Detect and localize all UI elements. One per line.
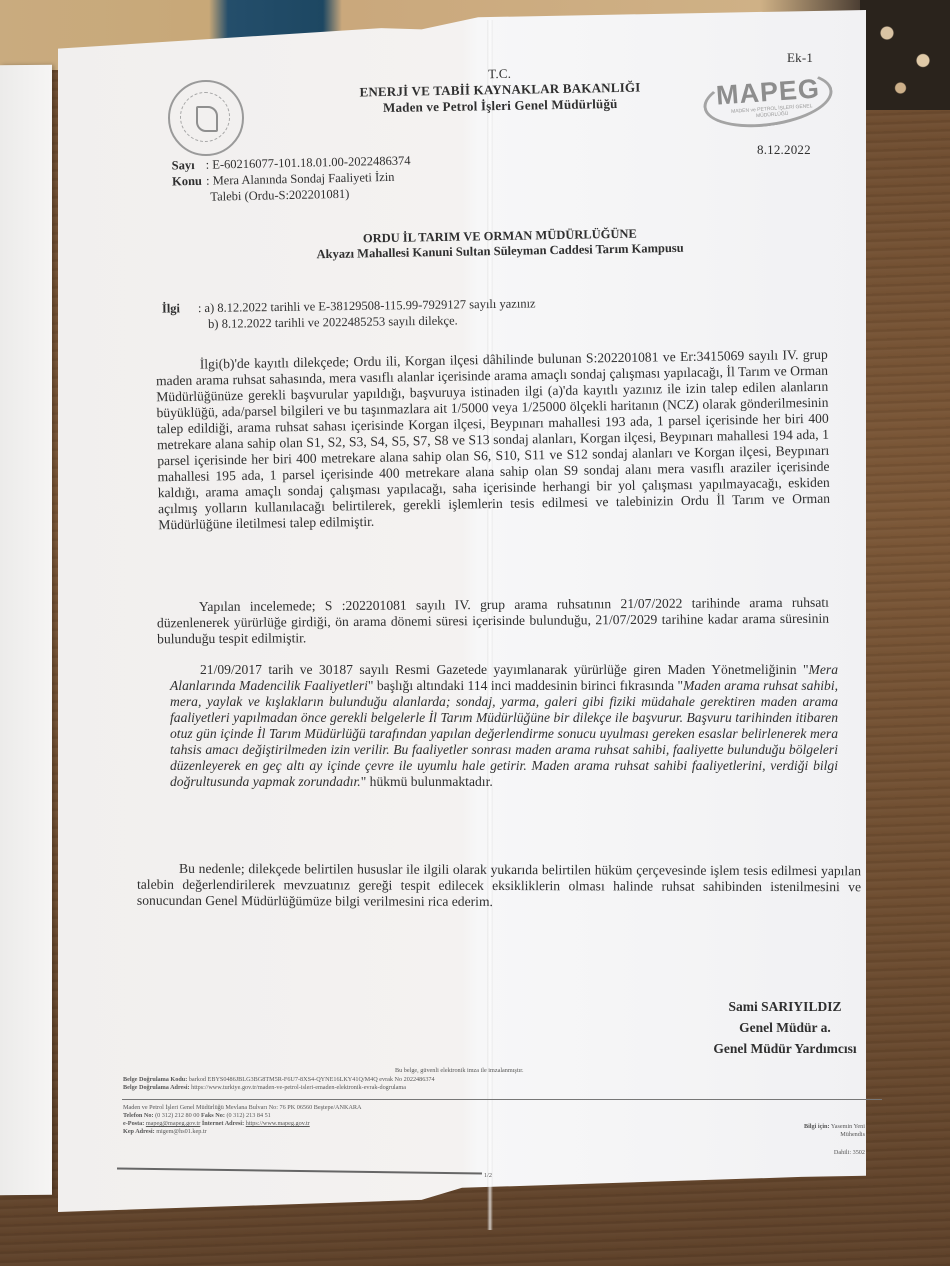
paragraph-3: 21/09/2017 tarih ve 30187 sayılı Resmi G… [170, 662, 838, 790]
extension: Dahili: 3502 [760, 1149, 865, 1157]
info-contact-title: Mühendis [760, 1131, 865, 1139]
annex-label: Ek-1 [787, 50, 813, 66]
office-address: Maden ve Petrol İşleri Genel Müdürlüğü M… [123, 1104, 523, 1112]
konu-label: Konu [172, 173, 206, 190]
reference-block: Sayı: E-60216077-101.18.01.00-2022486374… [172, 153, 412, 206]
footer-divider [122, 1099, 882, 1100]
contact-block: Maden ve Petrol İşleri Genel Müdürlüğü M… [123, 1104, 523, 1136]
sayi-label: Sayı [172, 157, 206, 174]
signer-role: Genel Müdür Yardımcısı [675, 1038, 895, 1059]
paragraph-1: İlgi(b)'de kayıtlı dilekçede; Ordu ili, … [156, 347, 831, 534]
letterhead: T.C. ENERJİ VE TABİİ KAYNAKLAR BAKANLIĞI… [300, 63, 701, 118]
esign-note: Bu belge, güvenli elektronik imza ile im… [395, 1067, 524, 1075]
ilgi-block: İlgi: a) 8.12.2022 tarihli ve E-38129508… [162, 295, 536, 332]
phone: (0 312) 212 80 00 [155, 1112, 199, 1119]
paragraph-2: Yapılan incelemede; S :202201081 sayılı … [157, 595, 829, 648]
konu-value: : Mera Alanında Sondaj Faaliyeti İzin [206, 170, 395, 188]
website[interactable]: https://www.mapeg.gov.tr [246, 1120, 310, 1127]
bottom-rule [117, 1167, 482, 1174]
ministry-seal-icon [168, 80, 244, 156]
ilgi-label: İlgi [162, 300, 198, 317]
regulation-quote: Maden arama ruhsat sahibi, mera, yaylak … [170, 678, 838, 789]
recipient-block: ORDU İL TARIM VE ORMAN MÜDÜRLÜĞÜNE Akyaz… [220, 224, 780, 264]
signer-title: Genel Müdür a. [675, 1017, 895, 1038]
document-date: 8.12.2022 [757, 142, 811, 158]
paragraph-4: Bu nedenle; dilekçede belirtilen hususla… [137, 861, 861, 912]
verification-code: barkod EBYS0486JBLG3BG8TM5R-F6U7-8XS4-QY… [189, 1076, 435, 1083]
kep-address: migem@hs01.kep.tr [156, 1128, 206, 1135]
verification-url[interactable]: https://www.turkiye.gov.tr/maden-ve-petr… [191, 1084, 406, 1091]
signature-block: Sami SARIYILDIZ Genel Müdür a. Genel Müd… [675, 996, 895, 1059]
email[interactable]: mapeg@mapeg.gov.tr [146, 1120, 200, 1127]
verification-block: Belge Doğrulama Kodu: barkod EBYS0486JBL… [123, 1076, 593, 1092]
letter: MAPEG MADEN ve PETROL İŞLERİ GENEL MÜDÜR… [0, 0, 950, 1266]
info-block: Bilgi için: Yasemin Yeni Mühendis Dahili… [760, 1123, 865, 1157]
page-number: 1/2 [484, 1172, 492, 1180]
signer-name: Sami SARIYILDIZ [675, 996, 895, 1017]
info-contact: Yasemin Yeni [831, 1123, 865, 1130]
fax: (0 312) 213 84 51 [226, 1112, 270, 1119]
